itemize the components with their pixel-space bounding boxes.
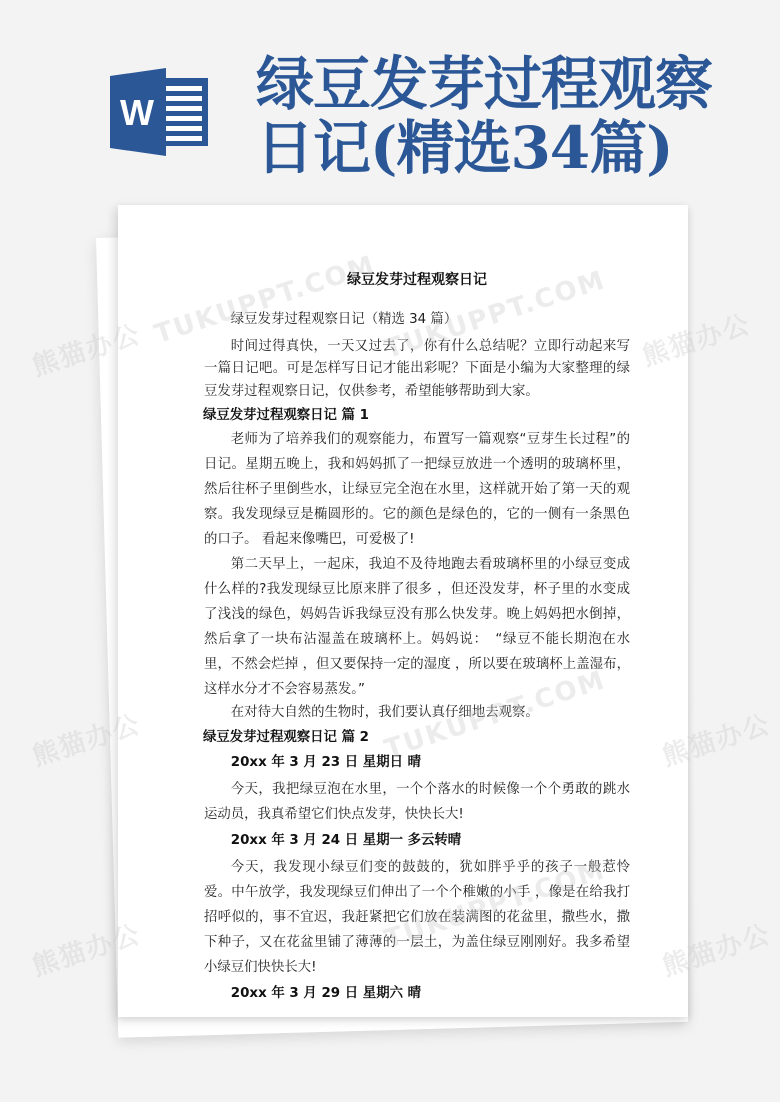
- diary-entry-1: 今天，我把绿豆泡在水里，一个个落水的时候像一个个勇敢的跳水运动员，我真希望它们快…: [204, 777, 630, 827]
- document-page: 绿豆发芽过程观察日记 绿豆发芽过程观察日记（精选 34 篇） 时间过得真快，一天…: [118, 205, 688, 1017]
- diary-date-3: 20xx 年 3 月 29 日 星期六 晴: [204, 982, 630, 1006]
- diary-date-2: 20xx 年 3 月 24 日 星期一 多云转晴: [204, 829, 630, 853]
- diary-entry-2: 今天，我发现小绿豆们变的鼓鼓的，犹如胖乎乎的孩子一般惹怜爱。中午放学，我发现绿豆…: [204, 855, 630, 980]
- page-heading: 绿豆发芽过程观察日记: [204, 269, 630, 289]
- document-title-line-1: 绿豆发芽过程观察: [256, 52, 756, 116]
- header-banner: W 绿豆发芽过程观察 日记(精选34篇): [0, 0, 780, 200]
- document-title: 绿豆发芽过程观察 日记(精选34篇): [256, 52, 756, 180]
- svg-text:W: W: [120, 92, 154, 133]
- section-1-paragraph-3: 在对待大自然的生物时，我们要认真仔细地去观察。: [204, 702, 630, 725]
- page-content: 绿豆发芽过程观察日记 绿豆发芽过程观察日记（精选 34 篇） 时间过得真快，一天…: [204, 269, 630, 1008]
- section-title-2: 绿豆发芽过程观察日记 篇 2: [203, 727, 630, 749]
- document-title-line-2: 日记(精选34篇): [256, 116, 756, 180]
- section-1-paragraph-2: 第二天早上，一起床，我迫不及待地跑去看玻璃杯里的小绿豆变成什么样的?我发现绿豆比…: [204, 552, 630, 702]
- intro-paragraph: 时间过得真快，一天又过去了，你有什么总结呢？立即行动起来写一篇日记吧。可是怎样写…: [204, 336, 630, 404]
- document-subtitle: 绿豆发芽过程观察日记（精选 34 篇）: [204, 309, 630, 332]
- word-document-icon: W: [108, 68, 210, 156]
- section-title-1: 绿豆发芽过程观察日记 篇 1: [203, 405, 630, 427]
- diary-date-1: 20xx 年 3 月 23 日 星期日 晴: [204, 751, 630, 775]
- section-1-paragraph-1: 老师为了培养我们的观察能力，布置写一篇观察“豆芽生长过程”的日记。星期五晚上，我…: [204, 427, 630, 552]
